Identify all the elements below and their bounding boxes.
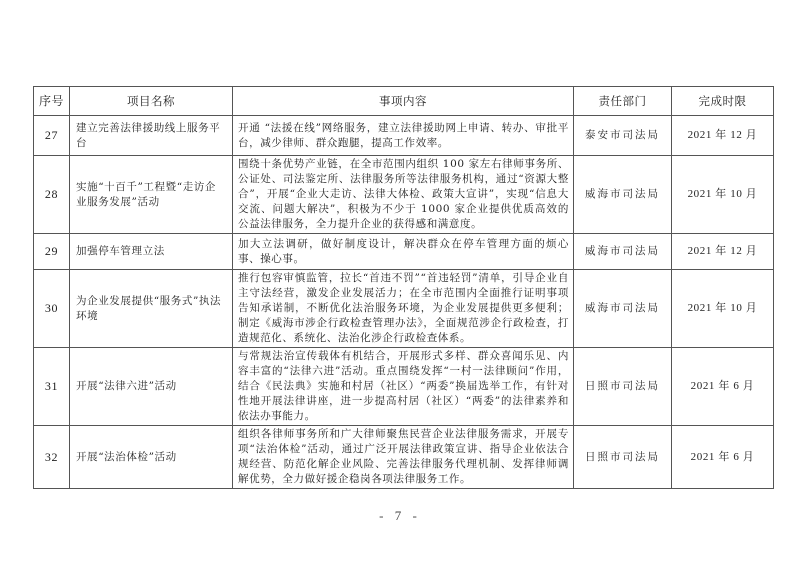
header-no: 序号 [34,87,70,116]
row-no: 31 [34,348,70,426]
row-no: 29 [34,234,70,270]
header-name: 项目名称 [70,87,233,116]
header-content: 事项内容 [233,87,574,116]
row-content: 开通 “法援在线”网络服务，建立法律援助网上申请、转办、审批平台，减少律师、群众… [233,116,574,156]
row-no: 32 [34,426,70,489]
row-dept: 威海市司法局 [574,270,672,348]
row-content: 围绕十条优势产业链，在全市范围内组织 100 家左右律师事务所、公证处、司法鉴定… [233,156,574,234]
row-deadline: 2021 年 10 月 [672,270,774,348]
table-row: 29 加强停车管理立法 加大立法调研，做好制度设计，解决群众在停车管理方面的烦心… [34,234,774,270]
row-name: 开展“法治体检”活动 [70,426,233,489]
table-row: 27 建立完善法律援助线上服务平台 开通 “法援在线”网络服务，建立法律援助网上… [34,116,774,156]
row-dept: 威海市司法局 [574,156,672,234]
document-page: 序号 项目名称 事项内容 责任部门 完成时限 27 建立完善法律援助线上服务平台… [0,0,800,565]
row-no: 28 [34,156,70,234]
row-name: 加强停车管理立法 [70,234,233,270]
row-name: 建立完善法律援助线上服务平台 [70,116,233,156]
row-dept: 日照市司法局 [574,426,672,489]
row-content: 组织各律师事务所和广大律师聚焦民营企业法律服务需求，开展专项“法治体检”活动，通… [233,426,574,489]
table-header-row: 序号 项目名称 事项内容 责任部门 完成时限 [34,87,774,116]
row-dept: 日照市司法局 [574,348,672,426]
row-name: 为企业发展提供“服务式”执法环境 [70,270,233,348]
row-deadline: 2021 年 6 月 [672,348,774,426]
table-row: 31 开展“法律六进”活动 与常规法治宣传载体有机结合，开展形式多样、群众喜闻乐… [34,348,774,426]
row-content: 推行包容审慎监管，拉长“首违不罚”“首违轻罚”清单，引导企业自主守法经营，激发企… [233,270,574,348]
row-name: 实施“十百千”工程暨“走访企业服务发展”活动 [70,156,233,234]
row-no: 30 [34,270,70,348]
project-table: 序号 项目名称 事项内容 责任部门 完成时限 27 建立完善法律援助线上服务平台… [33,86,774,489]
row-deadline: 2021 年 6 月 [672,426,774,489]
row-content: 与常规法治宣传载体有机结合，开展形式多样、群众喜闻乐见、内容丰富的“法律六进”活… [233,348,574,426]
row-dept: 泰安市司法局 [574,116,672,156]
row-dept: 威海市司法局 [574,234,672,270]
header-dept: 责任部门 [574,87,672,116]
row-content: 加大立法调研，做好制度设计，解决群众在停车管理方面的烦心事、操心事。 [233,234,574,270]
table-row: 30 为企业发展提供“服务式”执法环境 推行包容审慎监管，拉长“首违不罚”“首违… [34,270,774,348]
row-deadline: 2021 年 12 月 [672,234,774,270]
row-deadline: 2021 年 12 月 [672,116,774,156]
row-name: 开展“法律六进”活动 [70,348,233,426]
table-row: 32 开展“法治体检”活动 组织各律师事务所和广大律师聚焦民营企业法律服务需求，… [34,426,774,489]
page-number: - 7 - [0,508,800,524]
table-row: 28 实施“十百千”工程暨“走访企业服务发展”活动 围绕十条优势产业链，在全市范… [34,156,774,234]
row-deadline: 2021 年 10 月 [672,156,774,234]
row-no: 27 [34,116,70,156]
header-deadline: 完成时限 [672,87,774,116]
